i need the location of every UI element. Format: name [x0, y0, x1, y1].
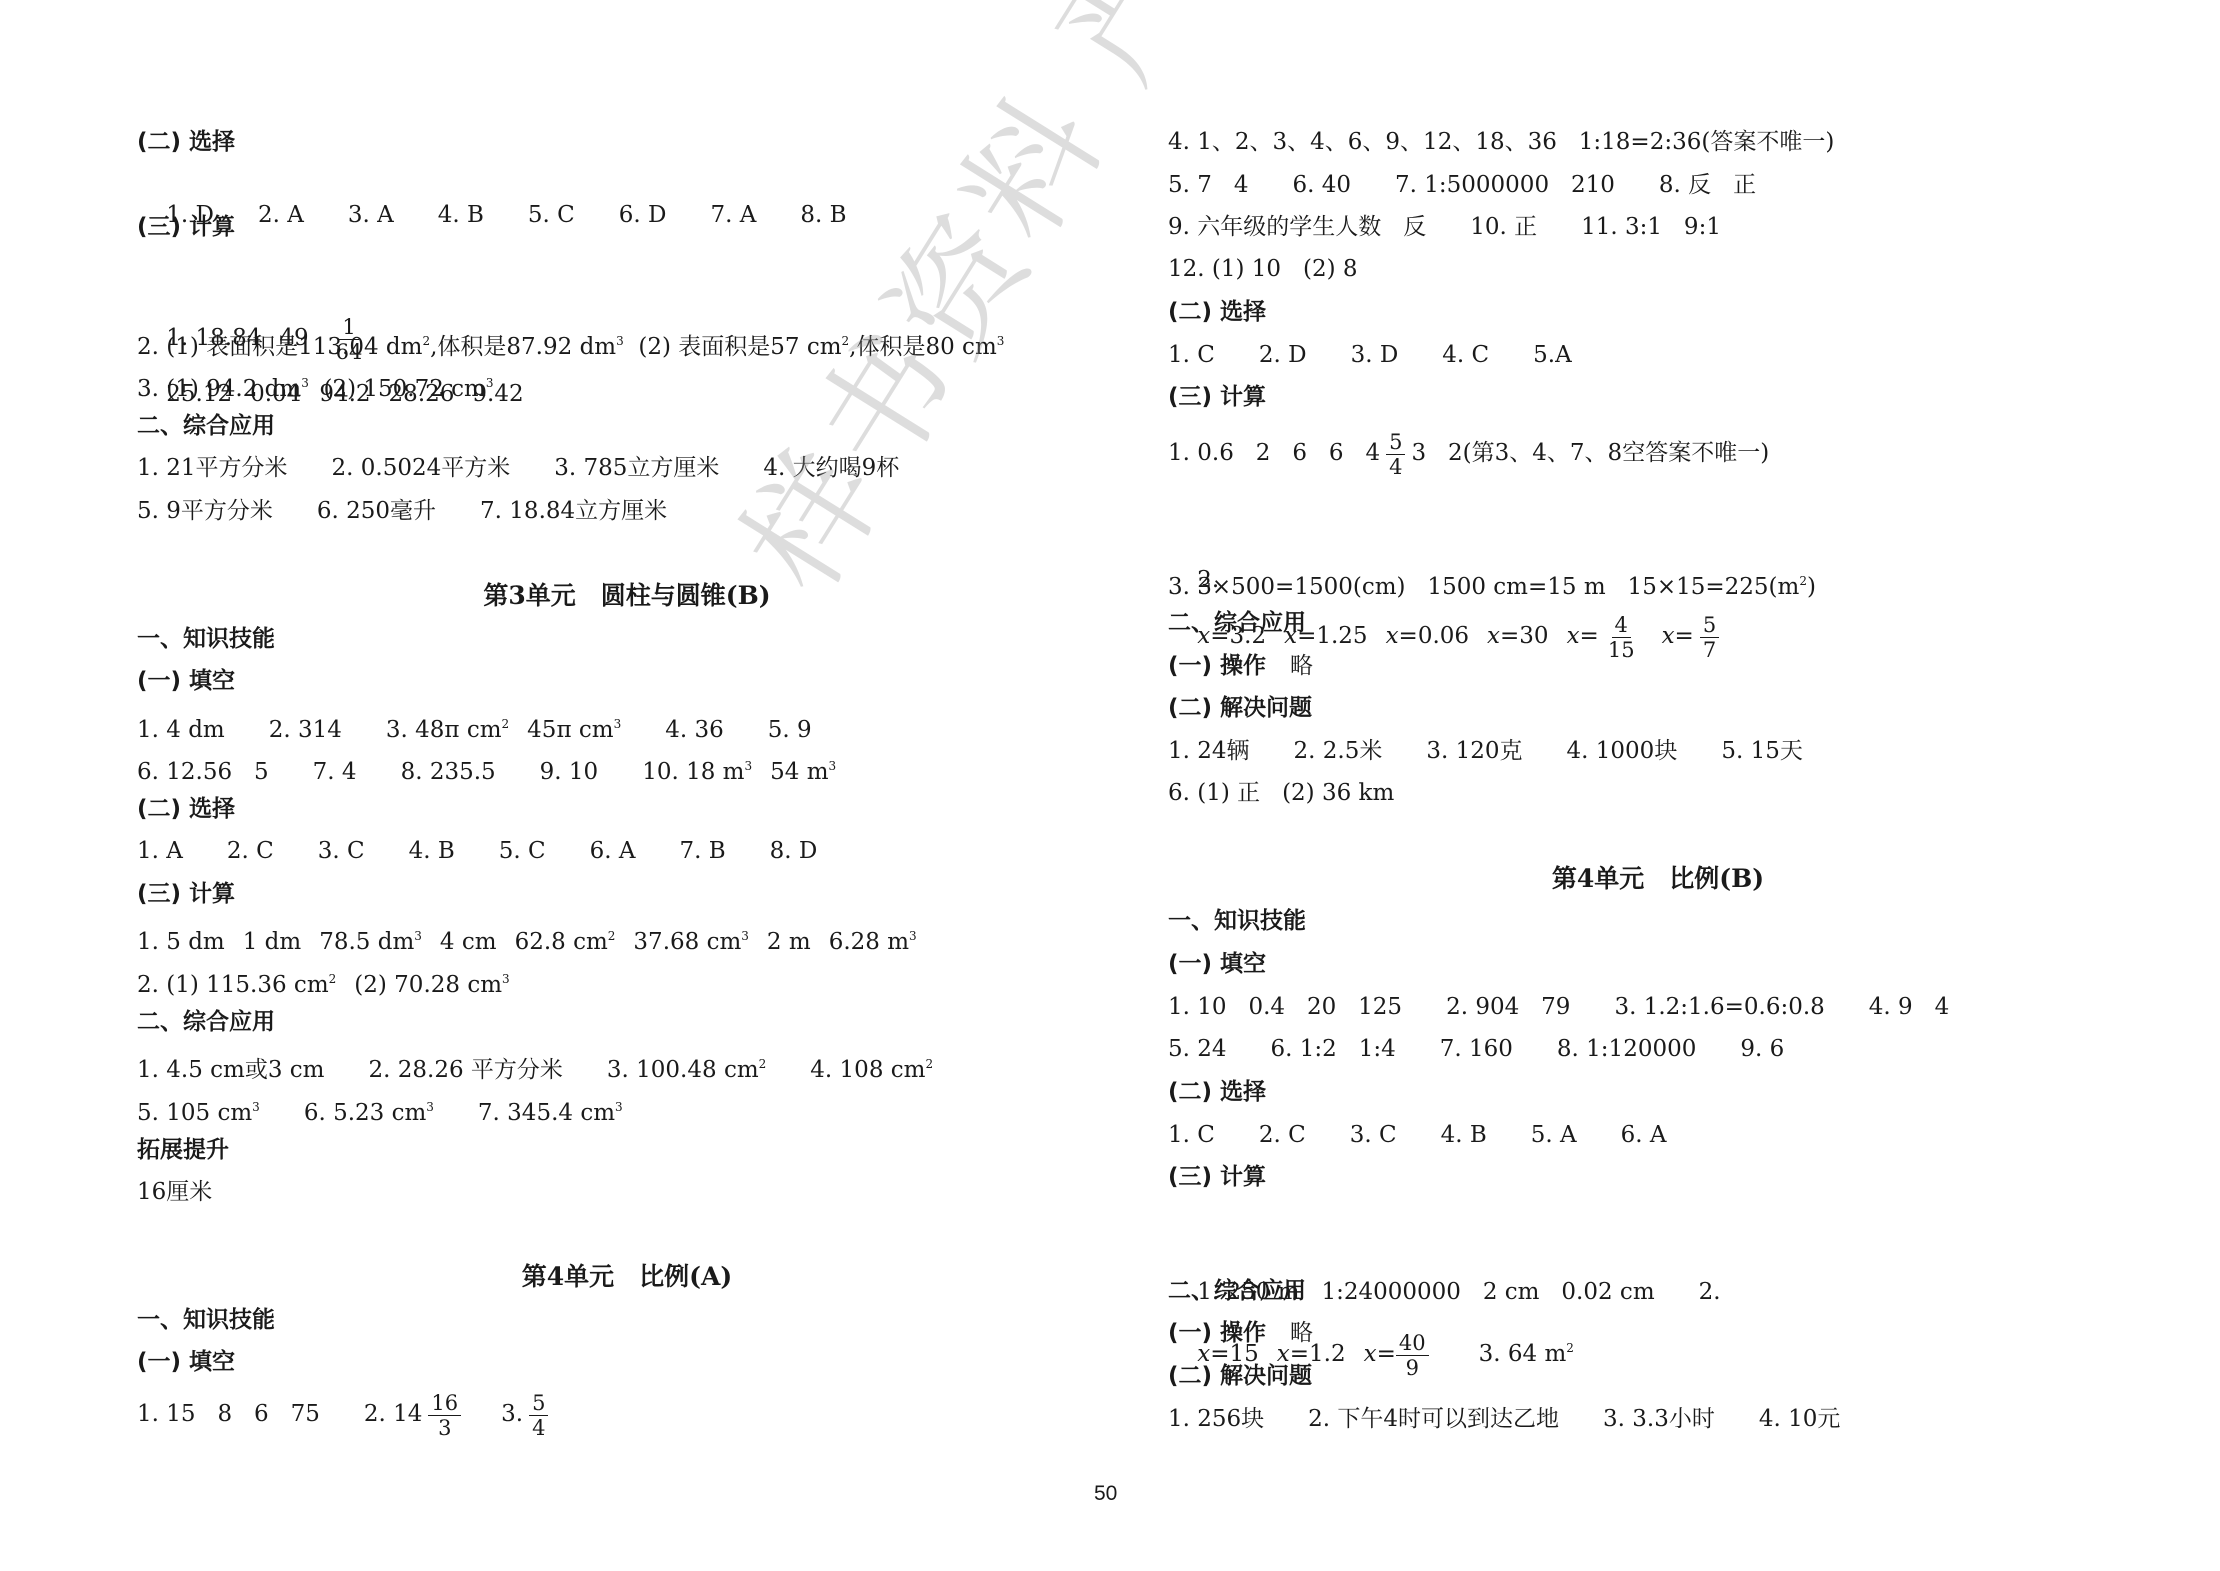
answer-row: 2. (1) 115.36 cm2(2) 70.28 cm3	[137, 964, 528, 1000]
answer-item: 5. C	[528, 200, 575, 230]
answer-row: 4. 1、2、3、4、6、9、12、18、36 1:18=2:36(答案不唯一)	[1168, 127, 1834, 157]
answer-item: 7. A	[710, 200, 756, 230]
answer-row: 1. 5 dm1 dm78.5 dm34 cm62.8 cm237.68 cm3…	[137, 921, 935, 957]
answer-row: 6. 12.56 57. 48. 235.59. 1010. 18 m354 m…	[137, 751, 836, 787]
section-heading: (二) 解决问题	[1168, 693, 1312, 723]
answer-item: 1. 21平方分米	[137, 453, 288, 483]
section-heading: (二) 选择	[137, 127, 235, 157]
section-heading: 二、综合应用	[1168, 608, 1306, 638]
page-number: 50	[1094, 1482, 1117, 1506]
section-heading: (三) 计算	[1168, 1162, 1266, 1192]
section-heading: (一) 填空	[1168, 949, 1266, 979]
answer-item: 6. 250毫升	[317, 496, 436, 526]
answer-row: 16厘米	[137, 1177, 212, 1207]
answer-row: 9. 六年级的学生人数 反10. 正11. 3:1 9:1	[1168, 212, 1721, 242]
answer-row: 5. 105 cm36. 5.23 cm37. 345.4 cm3	[137, 1092, 623, 1128]
section-heading: (一) 填空	[137, 666, 235, 696]
answer-item: 2. 0.5024平方米	[332, 453, 511, 483]
answer-item: 3. A	[348, 200, 394, 230]
answer-row: 1. 4.5 cm或3 cm2. 28.26 平方分米3. 100.48 cm2…	[137, 1049, 933, 1085]
fraction: 163	[428, 1391, 461, 1440]
answer-row: 1. 4 dm2. 3143. 48π cm245π cm34. 365. 9	[137, 709, 812, 745]
section-heading: (三) 计算	[137, 879, 235, 909]
section-heading: 二、综合应用	[137, 411, 275, 441]
answer-item: 2. A	[258, 200, 304, 230]
answer-row: 1. 18.8449164 25.120.0494.228.269.42	[137, 254, 542, 478]
unit-title: 第4单元 比例(B)	[1168, 864, 2148, 894]
answer-row: 2. (1) 表面积是113.04 dm2,体积是87.92 dm3 (2) 表…	[137, 326, 1004, 362]
section-heading: (二) 选择	[1168, 1077, 1266, 1107]
section-heading: (三) 计算	[1168, 382, 1266, 412]
answer-row: 3. 3×500=1500(cm) 1500 cm=15 m 15×15=225…	[1168, 566, 1816, 602]
answer-row: 1. 15 8 6 752. 141633.54	[137, 1386, 554, 1442]
answer-row: 1. C2. C3. C4. B5. A6. A	[1168, 1120, 1667, 1150]
section-heading: (一) 填空	[137, 1347, 235, 1377]
fraction: 57	[1700, 613, 1719, 662]
section-heading: (二) 选择	[137, 794, 235, 824]
answer-row: 1. 256块2. 下午4时可以到达乙地3. 3.3小时4. 10元	[1168, 1404, 1840, 1434]
answer-row: 6. (1) 正 (2) 36 km	[1168, 778, 1394, 808]
fraction: 415	[1605, 613, 1638, 662]
answer-row: 1. D2. A3. A4. B5. C6. D7. A8. B	[137, 170, 846, 260]
answer-item: 5. 9平方分米	[137, 496, 273, 526]
section-heading: 二、综合应用	[137, 1007, 275, 1037]
answer-item: 7. 18.84立方厘米	[480, 496, 667, 526]
section-heading: (一) 操作略	[1168, 1318, 1313, 1348]
answer-row: 1. 24辆2. 2.5米3. 120克4. 1000块5. 15天	[1168, 736, 1803, 766]
answer-row: 1. 10 0.4 20 1252. 904 793. 1.2:1.6=0.6:…	[1168, 992, 1949, 1022]
answer-row: 1. A2. C3. C4. B5. C6. A7. B8. D	[137, 836, 817, 866]
answer-row: 1. C2. D3. D4. C5.A	[1168, 340, 1572, 370]
section-heading: 拓展提升	[137, 1135, 229, 1165]
section-heading: (一) 操作略	[1168, 651, 1313, 681]
answer-row: 12. (1) 10 (2) 8	[1168, 254, 1358, 284]
section-heading: 一、知识技能	[1168, 906, 1306, 936]
unit-title: 第4单元 比例(A)	[137, 1262, 1117, 1292]
section-heading: (二) 解决问题	[1168, 1361, 1312, 1391]
answer-row: 5. 246. 1:2 1:47. 1608. 1:1200009. 6	[1168, 1034, 1784, 1064]
answer-item: 6. D	[619, 200, 667, 230]
fraction: 54	[529, 1391, 548, 1440]
answer-item: 8. B	[800, 200, 846, 230]
answer-row: 1. 0.6 2 6 6 4543 2(第3、4、7、8空答案不唯一)	[1168, 425, 1769, 481]
fraction: 409	[1396, 1331, 1429, 1380]
answer-item: 4. B	[438, 200, 484, 230]
answer-row: 3. (1) 94.2 dm3 (2) 150.72 cm3	[137, 368, 493, 404]
section-heading: 二、综合应用	[1168, 1276, 1306, 1306]
section-heading: (三) 计算	[137, 212, 235, 242]
fraction: 54	[1386, 430, 1405, 479]
unit-title: 第3单元 圆柱与圆锥(B)	[137, 581, 1117, 611]
answer-row: 5. 9平方分米6. 250毫升7. 18.84立方厘米	[137, 496, 667, 526]
section-heading: 一、知识技能	[137, 624, 275, 654]
answer-item: 4. 大约喝9杯	[763, 453, 899, 483]
answer-row: 1. 21平方分米2. 0.5024平方米3. 785立方厘米4. 大约喝9杯	[137, 453, 899, 483]
answer-row: 5. 7 46. 407. 1:5000000 2108. 反 正	[1168, 170, 1756, 200]
answer-item: 3. 785立方厘米	[554, 453, 719, 483]
section-heading: (二) 选择	[1168, 297, 1266, 327]
section-heading: 一、知识技能	[137, 1305, 275, 1335]
